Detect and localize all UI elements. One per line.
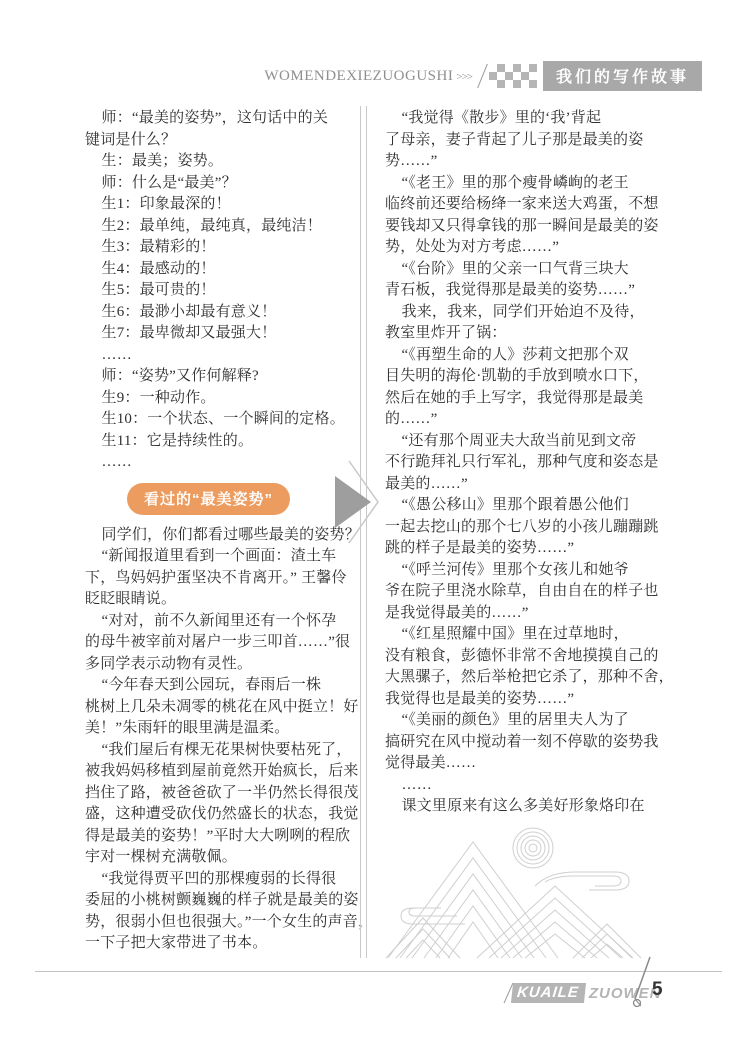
text-line: 临终前还要给杨绛一家来送大鸡蛋，不想 <box>385 194 659 216</box>
text-line: 多同学表示动物有灵性。 <box>85 654 359 676</box>
text-line: 生1：印象最深的！ <box>85 194 359 216</box>
text-line: 得是最美的姿势！”平时大大咧咧的程欣 <box>85 826 359 848</box>
text-line: 搞研究在风中搅动着一刻不停歇的姿势我 <box>385 732 659 754</box>
text-line: “还有那个周亚夫大敌当前见到文帝 <box>385 431 659 453</box>
text-line: 生：最美；姿势。 <box>85 151 359 173</box>
text-line: 的母牛被宰前对屠户一步三叩首……”很 <box>85 632 359 654</box>
text-line: 要钱却又只得拿钱的那一瞬间是最美的姿 <box>385 216 659 238</box>
text-line: 教室里炸开了锅： <box>385 323 659 345</box>
diagonal-divider-mark <box>477 64 488 88</box>
text-line: 眨眨眼睛说。 <box>85 589 359 611</box>
text-line: 生9：一种动作。 <box>85 388 359 410</box>
text-line: “《美丽的颜色》里的居里夫人为了 <box>385 710 659 732</box>
text-line: 同学们，你们都看过哪些最美的姿势？ <box>85 525 359 547</box>
left-column: 师：“最美的姿势”，这句话中的关键词是什么？生：最美；姿势。师：什么是“最美”？… <box>85 108 359 955</box>
text-line: 课文里原来有这么多美好形象烙印在 <box>385 796 659 818</box>
text-line: 生7：最卑微却又最强大！ <box>85 323 359 345</box>
text-line: 桃树上几朵未凋零的桃花在风中挺立！好 <box>85 697 359 719</box>
text-line: 生4：最感动的！ <box>85 259 359 281</box>
text-line: …… <box>85 452 359 474</box>
text-line: “《台阶》里的父亲一口气背三块大 <box>385 259 659 281</box>
text-line: 师：“姿势”又作何解释? <box>85 366 359 388</box>
text-line: 不行跪拜礼只行军礼，那种气度和姿态是 <box>385 452 659 474</box>
text-line: 青石板，我觉得那是最美的姿势……” <box>385 280 659 302</box>
text-line: 生10：一个状态、一个瞬间的定格。 <box>85 409 359 431</box>
text-line: “我觉得贾平凹的那棵瘦弱的长得很 <box>85 869 359 891</box>
text-line: 委屈的小桃树颤巍巍的样子就是最美的姿 <box>85 890 359 912</box>
checkerboard-icon <box>489 64 537 88</box>
text-line: “新闻报道里看到一个画面：渣土车 <box>85 546 359 568</box>
text-line: 势……” <box>385 151 659 173</box>
right-column: “我觉得《散步》里的‘我’背起了母亲，妻子背起了儿子那是最美的姿势……”“《老王… <box>385 108 659 818</box>
text-line: 挡住了路，被爸爸砍了一半仍然长得很茂 <box>85 783 359 805</box>
magazine-page: WOMENDEXIEZUOGUSHI>>> 我们的写作故事 师：“最美的姿势”，… <box>0 0 740 1048</box>
footer-rule <box>35 971 722 972</box>
text-line: “我们屋后有棵无花果树快要枯死了， <box>85 740 359 762</box>
text-line: 最美的……” <box>385 474 659 496</box>
play-arrow-icon <box>331 458 381 546</box>
text-line: “《呼兰河传》里那个女孩儿和她爷 <box>385 560 659 582</box>
page-number: 5 <box>652 979 663 1001</box>
text-line: 是我觉得最美的……” <box>385 603 659 625</box>
page-header: WOMENDEXIEZUOGUSHI>>> 我们的写作故事 <box>264 62 702 90</box>
text-line: “《再塑生命的人》莎莉文把那个双 <box>385 345 659 367</box>
text-line: 生5：最可贵的！ <box>85 280 359 302</box>
text-line: 下，鸟妈妈护蛋坚决不肯离开。” 王馨伶 <box>85 568 359 590</box>
header-slogan-text: WOMENDEXIEZUOGUSHI <box>264 68 453 84</box>
text-line: 了母亲，妻子背起了儿子那是最美的姿 <box>385 130 659 152</box>
header-slogan: WOMENDEXIEZUOGUSHI>>> <box>264 68 472 85</box>
text-line: 我觉得也是最美的姿势……” <box>385 689 659 711</box>
text-line: 生6：最渺小却最有意义！ <box>85 302 359 324</box>
text-line: “《老王》里的那个瘦骨嶙峋的老王 <box>385 173 659 195</box>
text-line: 美！”朱雨轩的眼里满是温柔。 <box>85 718 359 740</box>
text-line: 我来，我来，同学们开始迫不及待， <box>385 302 659 324</box>
narrative-block: 同学们，你们都看过哪些最美的姿势？“新闻报道里看到一个画面：渣土车下，鸟妈妈护蛋… <box>85 525 359 955</box>
text-line: 然后在她的手上写字，我觉得那是最美 <box>385 388 659 410</box>
text-line: 生3：最精彩的！ <box>85 237 359 259</box>
text-line: 一下子把大家带进了书本。 <box>85 933 359 955</box>
text-line: 势，处处为对方考虑……” <box>385 237 659 259</box>
mountain-landscape-illustration <box>385 824 659 960</box>
brand-kuaile-label: KUAILE <box>511 983 586 1003</box>
text-line: 爷在院子里浇水除草，自由自在的样子也 <box>385 581 659 603</box>
text-line: 生11：它是持续性的。 <box>85 431 359 453</box>
text-line: “对对，前不久新闻里还有一个怀孕 <box>85 611 359 633</box>
pen-icon <box>628 955 654 1013</box>
text-line: 目失明的海伦·凯勒的手放到喷水口下， <box>385 366 659 388</box>
text-line: 被我妈妈移植到屋前竟然开始疯长，后来 <box>85 761 359 783</box>
text-line: 势，很弱小但也很强大。”一个女生的声音， <box>85 912 359 934</box>
text-line: “我觉得《散步》里的‘我’背起 <box>385 108 659 130</box>
text-line: “今年春天到公园玩，春雨后一株 <box>85 675 359 697</box>
section-title: 我们的写作故事 <box>543 61 702 91</box>
text-line: 的……” <box>385 409 659 431</box>
badge-row: 看过的“最美姿势” <box>127 483 359 514</box>
text-line: …… <box>385 775 659 797</box>
text-line: 宇对一棵树充满敬佩。 <box>85 847 359 869</box>
text-line: 键词是什么？ <box>85 130 359 152</box>
text-line: 大黑骡子，然后举枪把它杀了，那种不舍， <box>385 667 659 689</box>
text-line: 盛，这种遭受砍伐仍然盛长的状态，我觉 <box>85 804 359 826</box>
text-line: 师：“最美的姿势”，这句话中的关 <box>85 108 359 130</box>
text-line: “《红星照耀中国》里在过草地时， <box>385 624 659 646</box>
text-line: …… <box>85 345 359 367</box>
text-line: 跳的样子是最美的姿势……” <box>385 538 659 560</box>
text-line: “《愚公移山》里那个跟着愚公他们 <box>385 495 659 517</box>
text-line: 没有粮食，彭德怀非常不舍地摸摸自己的 <box>385 646 659 668</box>
topic-badge: 看过的“最美姿势” <box>127 483 290 515</box>
text-line: 师：什么是“最美”？ <box>85 173 359 195</box>
text-line: 一起去挖山的那个七八岁的小孩儿蹦蹦跳 <box>385 517 659 539</box>
dialogue-block: 师：“最美的姿势”，这句话中的关键词是什么？生：最美；姿势。师：什么是“最美”？… <box>85 108 359 474</box>
quotes-block: “我觉得《散步》里的‘我’背起了母亲，妻子背起了儿子那是最美的姿势……”“《老王… <box>385 108 659 818</box>
text-line: 生2：最单纯，最纯真，最纯洁！ <box>85 216 359 238</box>
text-line: 觉得最美…… <box>385 753 659 775</box>
column-divider <box>360 106 367 958</box>
chevrons-right-icon: >>> <box>456 71 472 83</box>
